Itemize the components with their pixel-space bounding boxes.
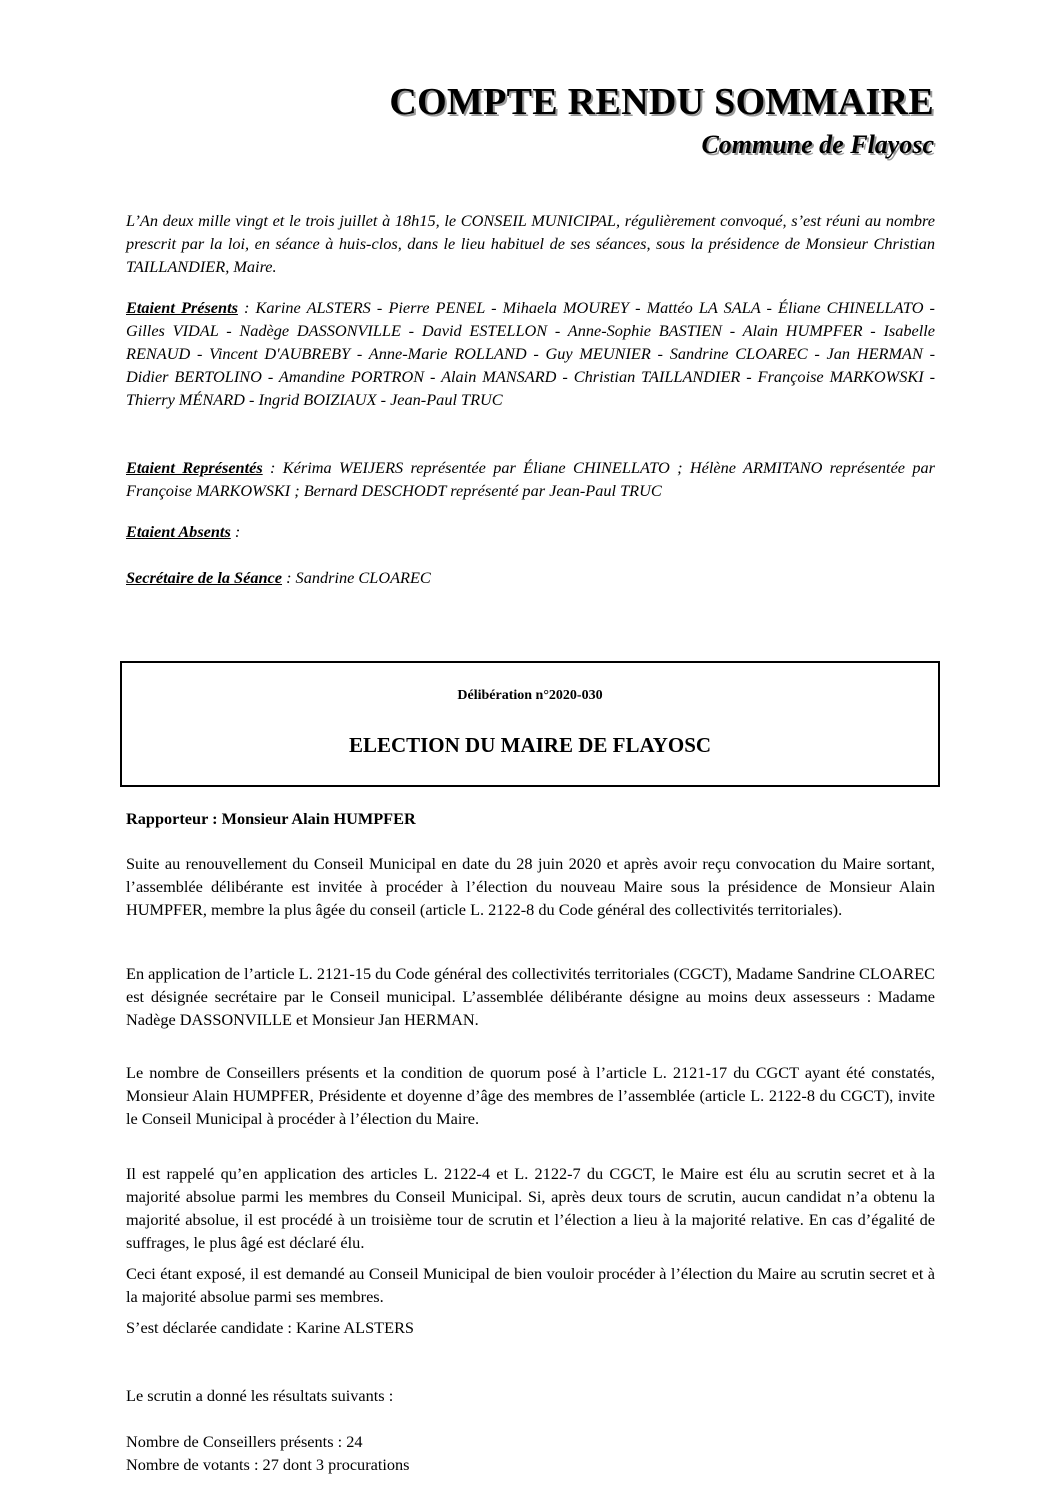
candidate-line: S’est déclarée candidate : Karine ALSTER… [126,1316,935,1339]
results-intro: Le scrutin a donné les résultats suivant… [126,1384,935,1407]
result-present-count: Nombre de Conseillers présents : 24 [126,1430,362,1453]
deliberation-number: Délibération n°2020-030 [122,688,938,704]
presents-list: : Karine ALSTERS - Pierre PENEL - Mihael… [126,298,935,409]
body-paragraph: Le nombre de Conseillers présents et la … [126,1061,935,1130]
result-voter-count: Nombre de votants : 27 dont 3 procuratio… [126,1453,410,1476]
body-paragraph: Ceci étant exposé, il est demandé au Con… [126,1262,935,1308]
session-secretary: Secrétaire de la Séance : Sandrine CLOAR… [126,566,935,589]
absents-label: Etaient Absents [126,522,231,541]
secretary-label: Secrétaire de la Séance [126,568,282,587]
body-paragraph: Il est rappelé qu’en application des art… [126,1162,935,1254]
intro-paragraph: L’An deux mille vingt et le trois juille… [126,209,935,278]
document-subtitle: Commune de Flayosc [701,130,934,160]
secretary-name: : Sandrine CLOAREC [282,568,431,587]
represented-label: Etaient Représentés [126,458,263,477]
body-paragraph: En application de l’article L. 2121-15 d… [126,962,935,1031]
document-page: COMPTE RENDU SOMMAIRE Commune de Flayosc… [0,0,1058,1497]
attendance-represented: Etaient Représentés : Kérima WEIJERS rep… [126,456,935,502]
rapporteur: Rapporteur : Monsieur Alain HUMPFER [126,807,935,830]
deliberation-title: ELECTION DU MAIRE DE FLAYOSC [122,733,938,758]
deliberation-header-box: Délibération n°2020-030 ELECTION DU MAIR… [120,661,940,787]
presents-label: Etaient Présents [126,298,238,317]
attendance-presents: Etaient Présents : Karine ALSTERS - Pier… [126,296,935,411]
absents-list: : [231,522,241,541]
document-title: COMPTE RENDU SOMMAIRE [389,80,934,124]
attendance-absents: Etaient Absents : [126,520,935,543]
body-paragraph: Suite au renouvellement du Conseil Munic… [126,852,935,921]
